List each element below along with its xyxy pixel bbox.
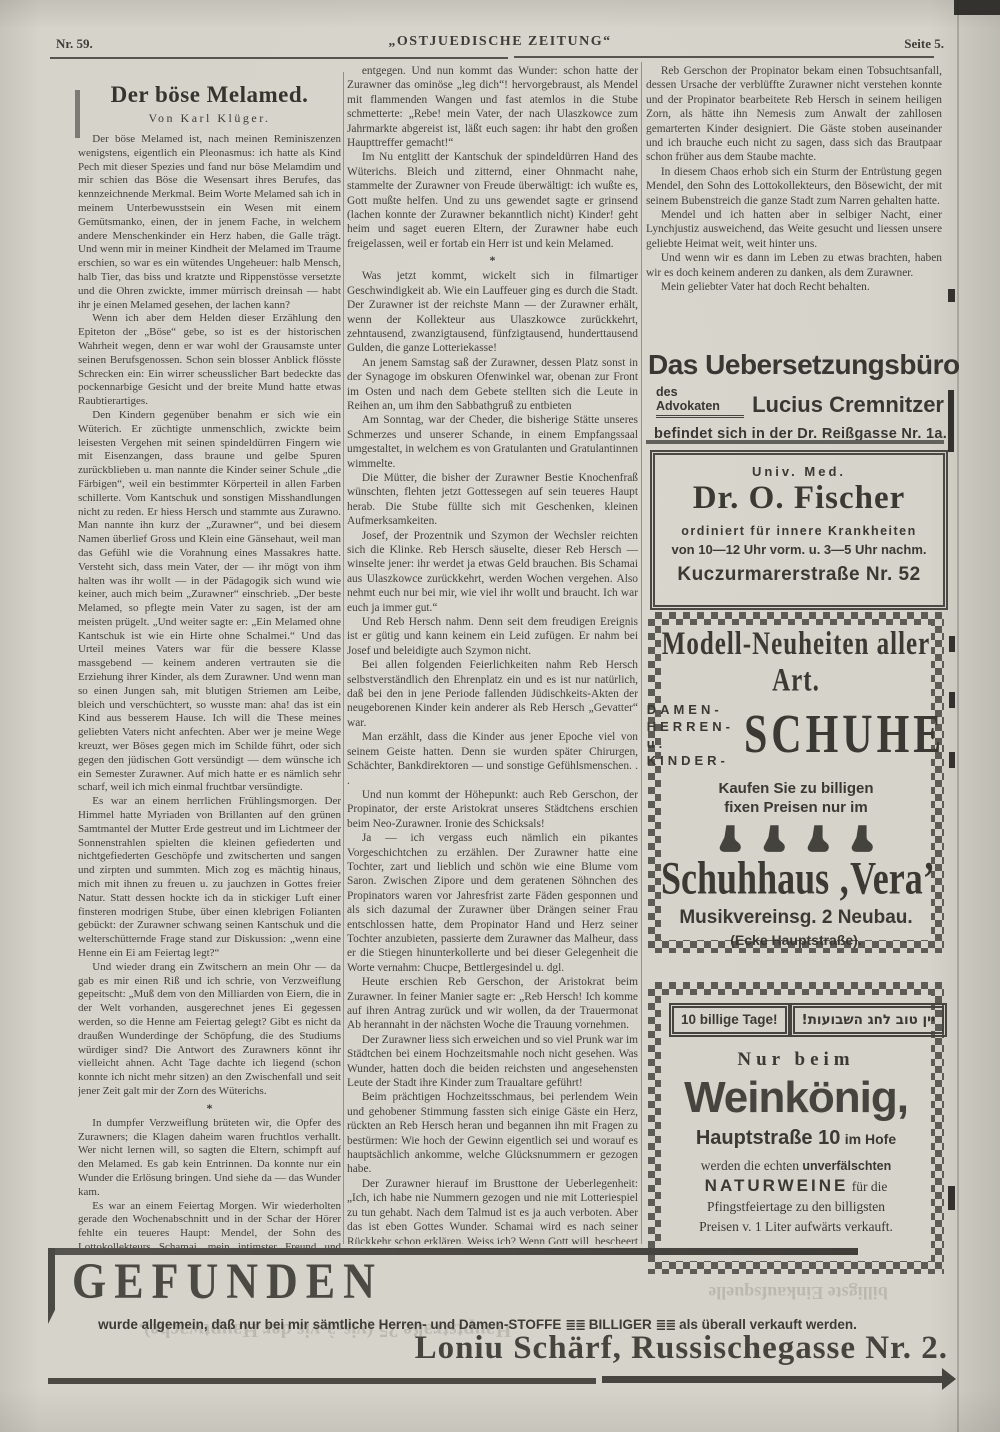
- header-rule-left: [50, 57, 508, 59]
- paragraph: Die Mütter, die bisher der Zurawner Best…: [347, 471, 638, 529]
- ad-wein-street: Hauptstraße 10: [696, 1127, 841, 1149]
- ad-vera-schuhe: SCHUHE: [744, 704, 945, 766]
- gefunden-border-bottom-left: [48, 1378, 596, 1384]
- paragraph: Bei allen folgenden Feierlichkeiten nahm…: [347, 658, 638, 730]
- paragraph: Mendel und ich hatten aber in selbiger N…: [646, 208, 942, 251]
- paragraph: Es war an einem Feiertag Morgen. Wir wie…: [78, 1200, 341, 1250]
- ad-vera-kinder: u. KINDER-: [647, 735, 734, 769]
- paragraph: Beim prächtigen Hochzeitsschmaus, bei pe…: [347, 1090, 638, 1176]
- gefunden-border-left: [48, 1248, 55, 1310]
- paragraph: Der Zurawner liess sich erweichen und so…: [347, 1033, 638, 1091]
- ad-wein-badge-days: 10 billige Tage!: [669, 1003, 790, 1037]
- ad-fischer-address: Kuczurmarerstraße Nr. 52: [655, 564, 943, 586]
- paragraph: Im Nu entglitt der Kantschuk der spindel…: [347, 150, 638, 251]
- ad-vera-address-2: (Ecke Hauptstraße).: [661, 932, 931, 948]
- ad-vera-headline: Modell-Neuheiten aller Art.: [661, 627, 931, 700]
- ad-fischer-degree: Univ. Med.: [655, 464, 943, 479]
- section-separator: *: [78, 1102, 341, 1114]
- ad-wein-badge-hebrew: יין טוב לחג השבועות!: [790, 1003, 948, 1037]
- column-rule: [343, 72, 344, 1244]
- paragraph: In diesem Chaos erhob sich ein Sturm der…: [646, 165, 942, 208]
- paragraph: Wenn ich aber dem Helden dieser Erzählun…: [78, 312, 341, 409]
- ad-vera-slogan-2: fixen Preisen nur im: [661, 798, 931, 817]
- paragraph: Und Reb Hersch nahm. Denn seit dem freud…: [347, 615, 638, 658]
- ad-shoe-store: Modell-Neuheiten aller Art. DAMEN- HERRE…: [648, 612, 944, 953]
- paragraph: Man erzählt, dass die Kinder aus jener E…: [347, 730, 638, 788]
- paragraph: Heute erschien Reb Gerschon, der Aristok…: [347, 975, 638, 1033]
- scan-artifact: [948, 1186, 955, 1210]
- article-column-1: Der böse Melamed. Von Karl Klüger. Der b…: [78, 82, 341, 1250]
- header-rule-right: [514, 56, 934, 58]
- column-rule: [641, 62, 642, 1244]
- paragraph: Den Kindern gegenüber benahm er sich wie…: [78, 409, 341, 795]
- scan-artifact: [949, 692, 955, 708]
- scan-artifact: [949, 636, 955, 652]
- scan-artifact: [75, 90, 80, 138]
- shoe-icon: [763, 825, 785, 853]
- ad-wein-text-3: Pfingstfeiertage zu den billigsten: [661, 1197, 931, 1217]
- paragraph: Und wieder drang ein Zwitschern an mein …: [78, 961, 341, 1099]
- ad-vera-damen: DAMEN-: [647, 701, 734, 718]
- article-title: Der böse Melamed.: [78, 82, 341, 108]
- article-column-2: entgegen. Und nun kommt das Wunder: scho…: [347, 64, 638, 1244]
- ad-gefunden-headline: GEFUNDEN: [72, 1252, 383, 1311]
- page-number: Seite 5.: [0, 36, 944, 52]
- paragraph: Der Zurawner hierauf im Brusttone der Ue…: [347, 1177, 638, 1244]
- paragraph: Josef, der Prozentnik und Szymon der Wec…: [347, 529, 638, 615]
- shoe-icons-row: [661, 825, 931, 853]
- paragraph: Und wenn wir es dann im Leben zu etwas b…: [646, 251, 942, 280]
- scan-artifact: [954, 0, 1000, 15]
- ad-wein-text-1b: unverfälschten: [802, 1159, 891, 1173]
- ad-translation-bureau: Das Uebersetzungsbüro des Advokaten Luci…: [648, 349, 944, 442]
- paragraph: Was jetzt kommt, wickelt sich in filmart…: [347, 269, 638, 355]
- ad-wein-text-1a: werden die echten: [701, 1158, 803, 1173]
- article-body-col1: Der böse Melamed ist, nach meinen Remini…: [78, 133, 341, 1250]
- paragraph: Ja — ich vergass euch nämlich ein pikant…: [347, 831, 638, 975]
- scan-artifact: [948, 390, 954, 452]
- ad-vera-address-1: Musikvereinsg. 2 Neubau.: [661, 907, 931, 929]
- shoe-icon: [807, 825, 829, 853]
- ad-wein-courtyard: im Hofe: [845, 1131, 896, 1147]
- gefunden-border-bottom-right: [602, 1376, 942, 1383]
- article-byline: Von Karl Klüger.: [78, 111, 341, 126]
- article-column-3: Reb Gerschon der Propinator bekam einen …: [646, 64, 942, 346]
- ad-translation-name: Lucius Cremnitzer: [752, 392, 944, 418]
- paragraph: An jenem Samstag saß der Zurawner, desse…: [347, 356, 638, 414]
- ad-vera-shop-name: Schuhhaus ‚Vera’: [661, 851, 935, 906]
- ad-wine-store: 10 billige Tage! יין טוב לחג השבועות! Nu…: [648, 982, 944, 1274]
- ad-fischer-hours: von 10—12 Uhr vorm. u. 3—5 Uhr nachm.: [655, 542, 943, 557]
- scan-artifact: [948, 289, 955, 302]
- ad-wein-text-4: Preisen v. 1 Liter aufwärts verkauft.: [661, 1217, 931, 1237]
- scan-artifact: [949, 752, 955, 768]
- paragraph: Mein geliebter Vater hat doch Recht beha…: [646, 280, 942, 294]
- ad-fischer-name: Dr. O. Fischer: [655, 480, 943, 517]
- paragraph: Und nun kommt der Höhepunkt: auch Reb Ge…: [347, 788, 638, 831]
- shoe-icon: [851, 825, 873, 853]
- ad-vera-slogan-1: Kaufen Sie zu billigen: [661, 779, 931, 798]
- ad-wein-text-2b: für die: [848, 1179, 887, 1194]
- ad-wein-pre: Nur beim: [661, 1049, 931, 1071]
- paragraph: Der böse Melamed ist, nach meinen Remini…: [78, 133, 341, 312]
- ad-translation-subtitle: des Advokaten: [656, 385, 744, 418]
- ad-wein-name: Weinkönig,: [661, 1073, 931, 1123]
- ad-gefunden-signature: Loniu Schärf, Russischegasse Nr. 2.: [0, 1330, 948, 1367]
- ad-divider-bar: [646, 440, 944, 444]
- ad-vera-herren: HERREN-: [647, 718, 734, 735]
- article-body-col2: entgegen. Und nun kommt das Wunder: scho…: [347, 64, 638, 1244]
- ad-translation-headline: Das Uebersetzungsbüro: [648, 349, 944, 381]
- section-separator: *: [347, 254, 638, 266]
- scan-edge-line: [957, 0, 959, 1432]
- shoe-icon: [719, 825, 741, 853]
- ad-doctor-fischer: Univ. Med. Dr. O. Fischer ordiniert für …: [650, 450, 948, 610]
- ad-wein-naturweine: NATURWEINE: [705, 1176, 849, 1195]
- gefunden-border-arrow: [942, 1368, 956, 1390]
- ink-bleedthrough-text: billigste Einkaufsquelle: [648, 1282, 948, 1303]
- paragraph: Reb Gerschon der Propinator bekam einen …: [646, 64, 942, 165]
- newspaper-page: Nr. 59. „OSTJUEDISCHE ZEITUNG“ Seite 5. …: [0, 0, 1000, 1432]
- paragraph: In dumpfer Verzweiflung brüteten wir, di…: [78, 1117, 341, 1200]
- ad-fischer-specialty: ordiniert für innere Krankheiten: [655, 524, 943, 538]
- paragraph: Am Sonntag, war der Cheder, die bisherig…: [347, 413, 638, 471]
- article-body-col3: Reb Gerschon der Propinator bekam einen …: [646, 64, 942, 295]
- gefunden-border-left-tip: [48, 1310, 55, 1324]
- paragraph: entgegen. Und nun kommt das Wunder: scho…: [347, 64, 638, 150]
- paragraph: Es war an einem herrlichen Frühlingsmorg…: [78, 795, 341, 961]
